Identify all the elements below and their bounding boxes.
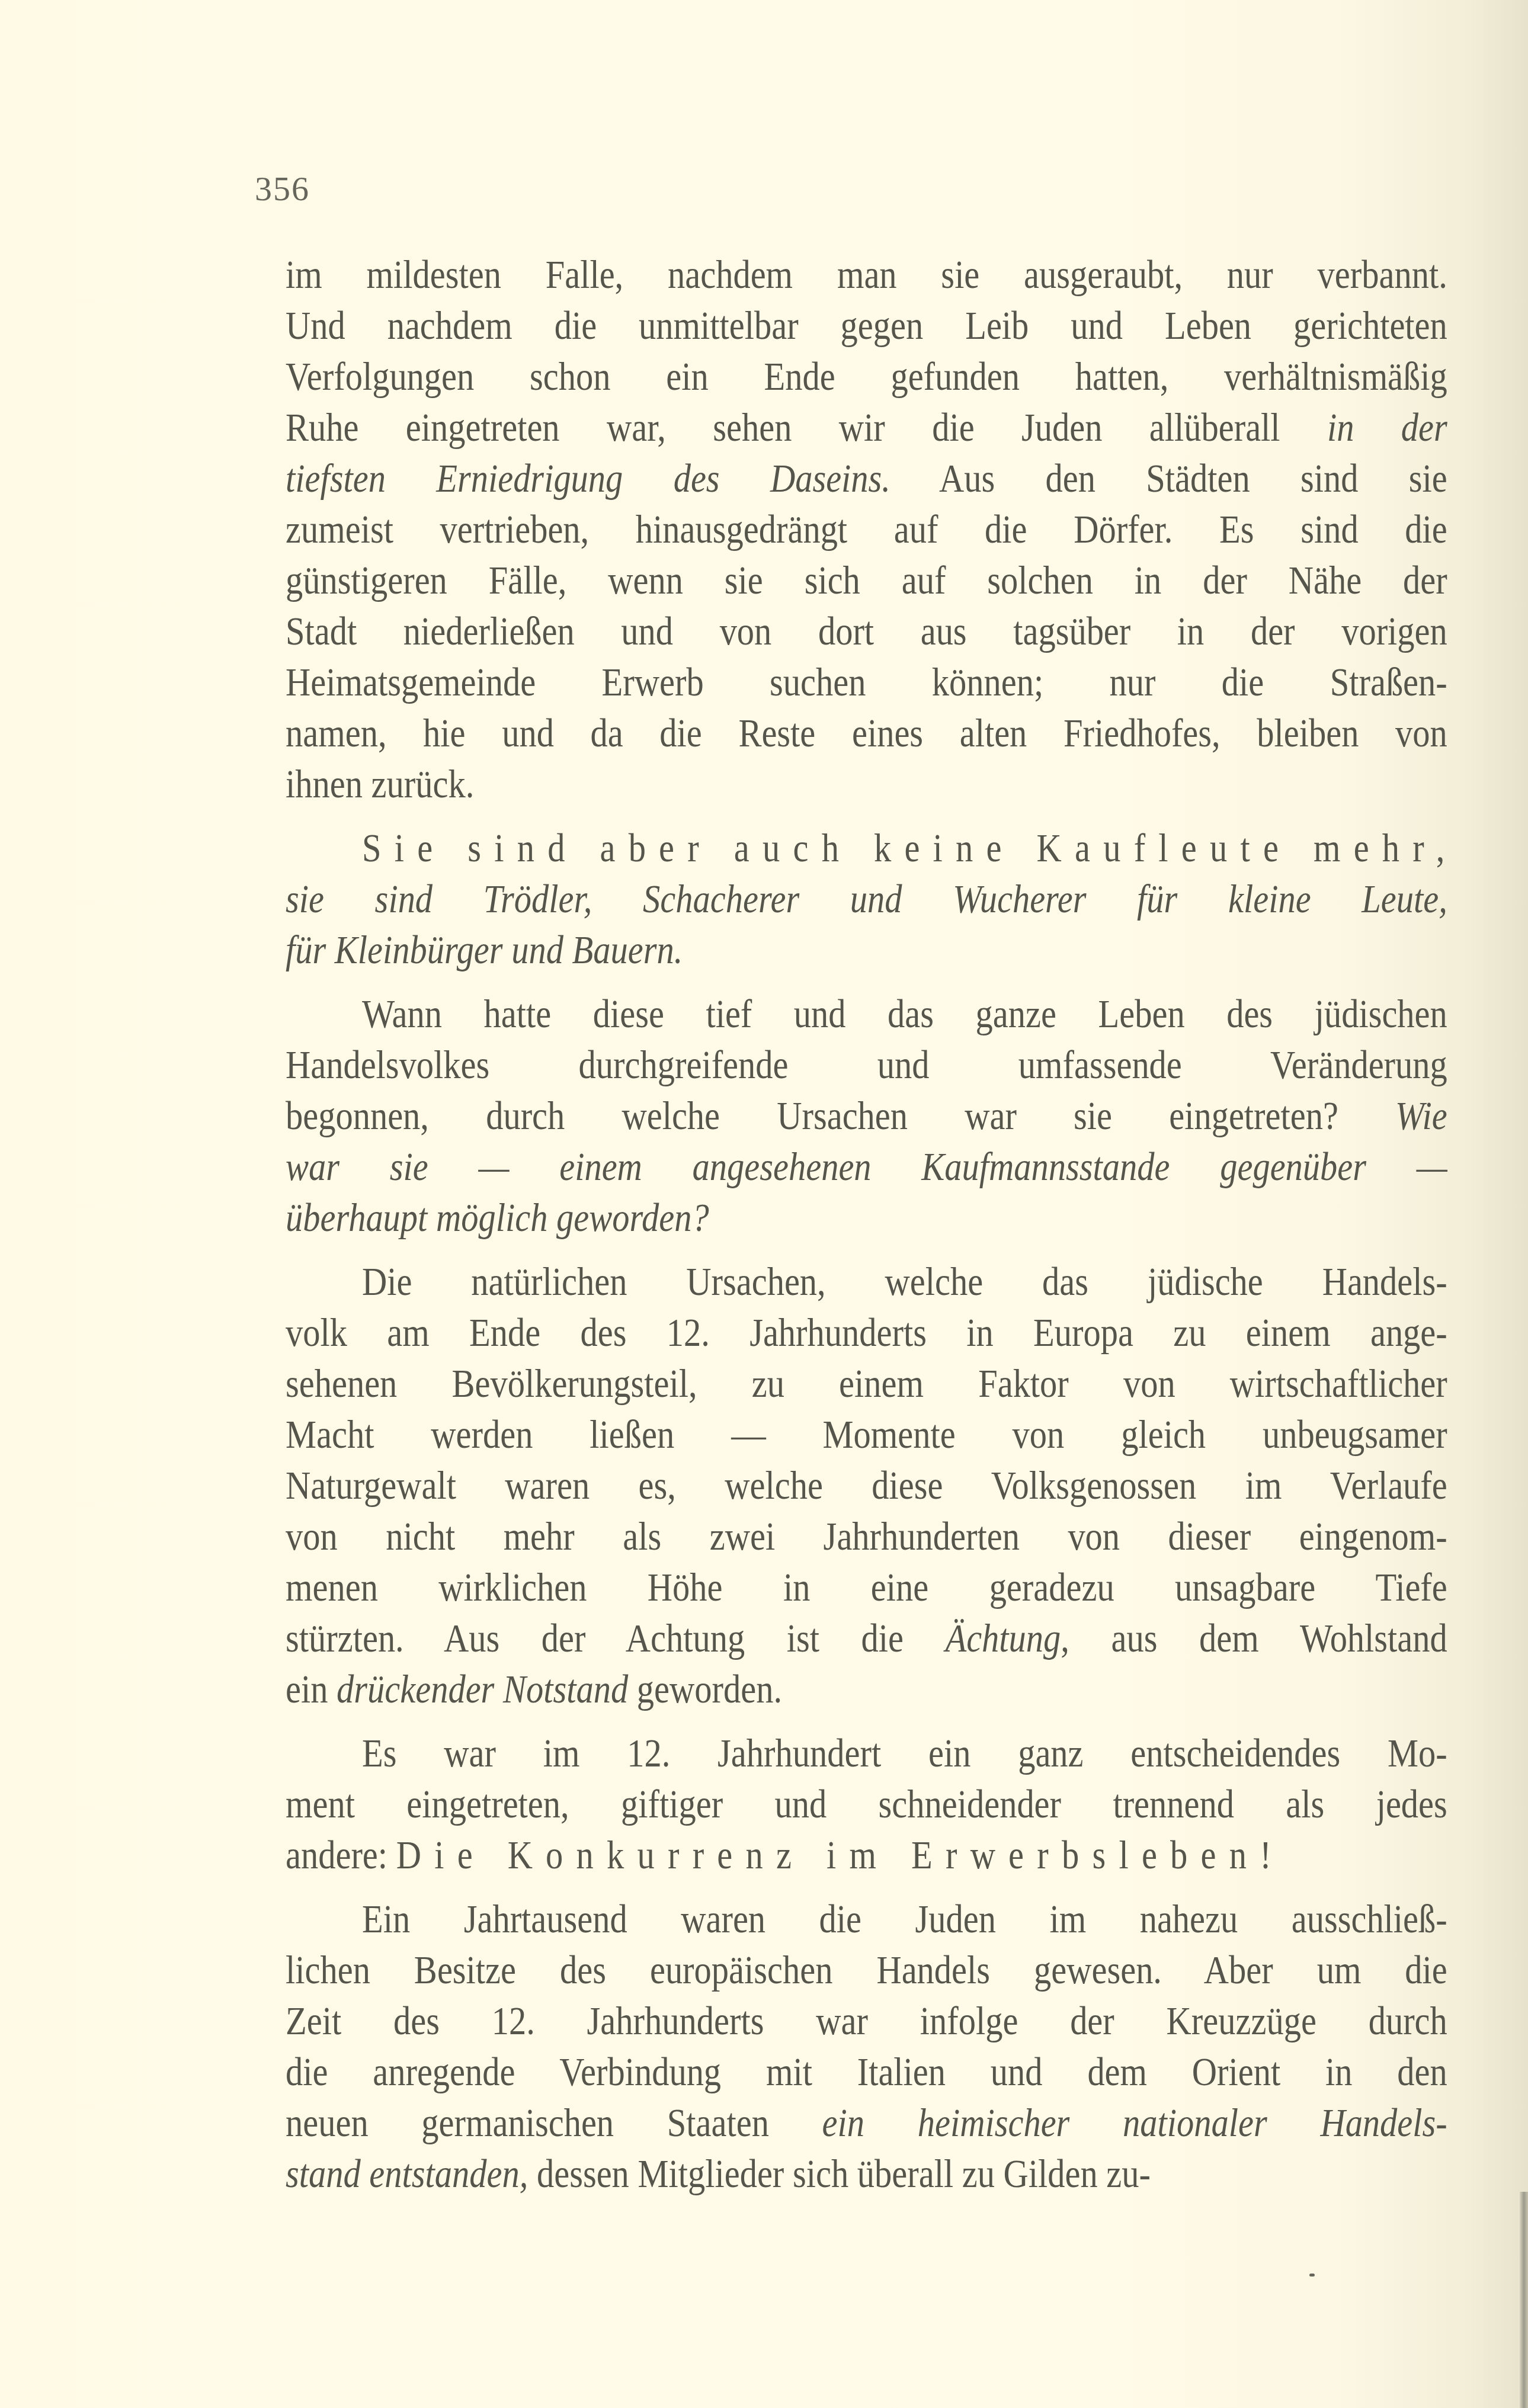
text-segment: Stadt niederließen und von dort aus tags…: [286, 608, 1447, 653]
text-segment: lichen Besitze des europäischen Handels …: [286, 1947, 1447, 1992]
text-line: Stadt niederließen und von dort aus tags…: [286, 605, 1447, 656]
text-line: stürzten. Aus der Achtung ist die Ächtun…: [286, 1612, 1447, 1663]
book-page: 356 im mildesten Falle, nachdem man sie …: [0, 0, 1528, 2408]
text-line: sie sind Trödler, Schacherer und Wuchere…: [286, 873, 1447, 924]
paragraph: im mildesten Falle, nachdem man sie ausg…: [286, 249, 1447, 809]
text-segment: sehenen Bevölkerungsteil, zu einem Fakto…: [286, 1361, 1447, 1406]
text-line: volk am Ende des 12. Jahrhunderts in Eur…: [286, 1307, 1447, 1358]
text-segment: namen, hie und da die Reste eines alten …: [286, 710, 1447, 755]
text-line: sehenen Bevölkerungsteil, zu einem Fakto…: [286, 1358, 1447, 1409]
text-line: im mildesten Falle, nachdem man sie ausg…: [286, 249, 1447, 300]
paragraph: Wann hatte diese tief und das ganze Lebe…: [286, 988, 1447, 1243]
italic-text: tiefsten Erniedrigung des Daseins.: [286, 456, 890, 501]
italic-text: drückender Notstand: [337, 1666, 628, 1711]
text-line: von nicht mehr als zwei Jahrhunderten vo…: [286, 1511, 1447, 1561]
text-segment: geworden.: [628, 1666, 782, 1711]
text-line: war sie — einem angesehenen Kaufmannssta…: [286, 1141, 1447, 1192]
text-segment: dessen Mitglieder sich überall zu Gilden…: [528, 2151, 1151, 2196]
italic-text: für Kleinbürger und Bauern.: [286, 927, 683, 972]
paragraph: Es war im 12. Jahrhundert ein ganz entsc…: [286, 1727, 1447, 1880]
text-segment: im mildesten Falle, nachdem man sie ausg…: [286, 252, 1447, 297]
text-segment: ment eingetreten, giftiger und schneiden…: [286, 1781, 1447, 1826]
text-line: ment eingetreten, giftiger und schneiden…: [286, 1778, 1447, 1829]
italic-text: überhaupt möglich geworden?: [286, 1195, 709, 1240]
text-line: Macht werden ließen — Momente von gleich…: [286, 1409, 1447, 1460]
text-line: Wann hatte diese tief und das ganze Lebe…: [286, 988, 1447, 1039]
text-line: neuen germanischen Staaten ein heimische…: [286, 2097, 1447, 2148]
text-line: ihnen zurück.: [286, 758, 1447, 809]
text-line: Die natürlichen Ursachen, welche das jüd…: [286, 1256, 1447, 1307]
text-segment: Wann hatte diese tief und das ganze Lebe…: [362, 991, 1447, 1036]
body-text: im mildesten Falle, nachdem man sie ausg…: [286, 249, 1447, 2199]
paragraph: Sie sind aber auch keine Kaufleute mehr,…: [286, 822, 1447, 975]
text-segment: Verfolgungen schon ein Ende gefunden hat…: [286, 354, 1447, 399]
text-segment: zumeist vertrieben, hinausgedrängt auf d…: [286, 506, 1447, 552]
text-line: tiefsten Erniedrigung des Daseins. Aus d…: [286, 453, 1447, 504]
text-line: andere: Die Konkurrenz im Erwerbsleben!: [286, 1829, 1447, 1880]
text-segment: begonnen, durch welche Ursachen war sie …: [286, 1093, 1395, 1138]
text-line: begonnen, durch welche Ursachen war sie …: [286, 1090, 1447, 1141]
italic-text: ein heimischer nationaler Handels-: [822, 2100, 1447, 2145]
text-line: günstigeren Fälle, wenn sie sich auf sol…: [286, 554, 1447, 605]
text-segment: Naturgewalt waren es, welche diese Volks…: [286, 1463, 1447, 1508]
text-line: Naturgewalt waren es, welche diese Volks…: [286, 1460, 1447, 1511]
text-segment: ein: [286, 1666, 337, 1711]
spaced-emphasis-text: Sie sind aber auch keine Kaufleute mehr,: [362, 825, 1457, 870]
ink-speck: [1309, 2274, 1315, 2276]
italic-text: stand entstanden,: [286, 2151, 528, 2196]
text-segment: Es war im 12. Jahrhundert ein ganz entsc…: [362, 1730, 1447, 1775]
paragraph: Ein Jahrtausend waren die Juden im nahez…: [286, 1893, 1447, 2199]
text-segment: von nicht mehr als zwei Jahrhunderten vo…: [286, 1514, 1447, 1559]
page-number: 356: [255, 169, 310, 209]
text-segment: ihnen zurück.: [286, 761, 474, 806]
paragraph-gap: [286, 975, 1447, 988]
italic-text: in der: [1327, 405, 1447, 450]
text-segment: Aus den Städten sind sie: [890, 456, 1447, 501]
text-line: Ruhe eingetreten war, sehen wir die Jude…: [286, 402, 1447, 453]
paragraph-gap: [286, 1243, 1447, 1256]
paragraph-gap: [286, 1880, 1447, 1893]
spaced-emphasis-text: Die Konkurrenz im Erwerbsleben!: [396, 1832, 1284, 1877]
paragraph: Die natürlichen Ursachen, welche das jüd…: [286, 1256, 1447, 1714]
text-segment: Macht werden ließen — Momente von gleich…: [286, 1412, 1447, 1457]
text-line: Heimatsgemeinde Erwerb suchen können; nu…: [286, 656, 1447, 707]
italic-text: sie sind Trödler, Schacherer und Wuchere…: [286, 876, 1447, 921]
text-segment: günstigeren Fälle, wenn sie sich auf sol…: [286, 557, 1447, 602]
text-line: zumeist vertrieben, hinausgedrängt auf d…: [286, 504, 1447, 554]
text-segment: Und nachdem die unmittelbar gegen Leib u…: [286, 303, 1447, 348]
text-line: Und nachdem die unmittelbar gegen Leib u…: [286, 300, 1447, 351]
text-segment: , aus dem Wohlstand: [1061, 1615, 1447, 1660]
text-line: für Kleinbürger und Bauern.: [286, 924, 1447, 975]
text-line: die anregende Verbindung mit Italien und…: [286, 2046, 1447, 2097]
text-line: überhaupt möglich geworden?: [286, 1192, 1447, 1243]
text-segment: Ruhe eingetreten war, sehen wir die Jude…: [286, 405, 1327, 450]
text-line: Handelsvolkes durchgreifende und umfasse…: [286, 1039, 1447, 1090]
text-line: Sie sind aber auch keine Kaufleute mehr,: [286, 822, 1447, 873]
text-segment: andere:: [286, 1832, 396, 1877]
text-line: menen wirklichen Höhe in eine geradezu u…: [286, 1561, 1447, 1612]
text-line: Ein Jahrtausend waren die Juden im nahez…: [286, 1893, 1447, 1944]
paragraph-gap: [286, 809, 1447, 822]
text-segment: stürzten. Aus der Achtung ist die: [286, 1615, 945, 1660]
text-segment: die anregende Verbindung mit Italien und…: [286, 2049, 1447, 2094]
text-segment: Handelsvolkes durchgreifende und umfasse…: [286, 1042, 1447, 1087]
page-edge-shadow: [1520, 2192, 1528, 2408]
text-segment: Zeit des 12. Jahrhunderts war infolge de…: [286, 1998, 1447, 2043]
italic-text: Ächtung: [945, 1615, 1061, 1660]
text-line: ein drückender Notstand geworden.: [286, 1663, 1447, 1714]
text-segment: Heimatsgemeinde Erwerb suchen können; nu…: [286, 659, 1447, 704]
text-segment: neuen germanischen Staaten: [286, 2100, 822, 2145]
text-line: Zeit des 12. Jahrhunderts war infolge de…: [286, 1995, 1447, 2046]
paragraph-gap: [286, 1714, 1447, 1727]
text-line: lichen Besitze des europäischen Handels …: [286, 1944, 1447, 1995]
text-segment: Die natürlichen Ursachen, welche das jüd…: [362, 1259, 1447, 1304]
text-segment: menen wirklichen Höhe in eine geradezu u…: [286, 1564, 1447, 1609]
text-segment: Ein Jahrtausend waren die Juden im nahez…: [362, 1896, 1447, 1941]
text-line: Es war im 12. Jahrhundert ein ganz entsc…: [286, 1727, 1447, 1778]
text-segment: volk am Ende des 12. Jahrhunderts in Eur…: [286, 1310, 1447, 1355]
text-line: Verfolgungen schon ein Ende gefunden hat…: [286, 351, 1447, 402]
italic-text: war sie — einem angesehenen Kaufmannssta…: [286, 1144, 1447, 1189]
text-line: namen, hie und da die Reste eines alten …: [286, 707, 1447, 758]
text-line: stand entstanden, dessen Mitglieder sich…: [286, 2148, 1447, 2199]
italic-text: Wie: [1395, 1093, 1447, 1138]
